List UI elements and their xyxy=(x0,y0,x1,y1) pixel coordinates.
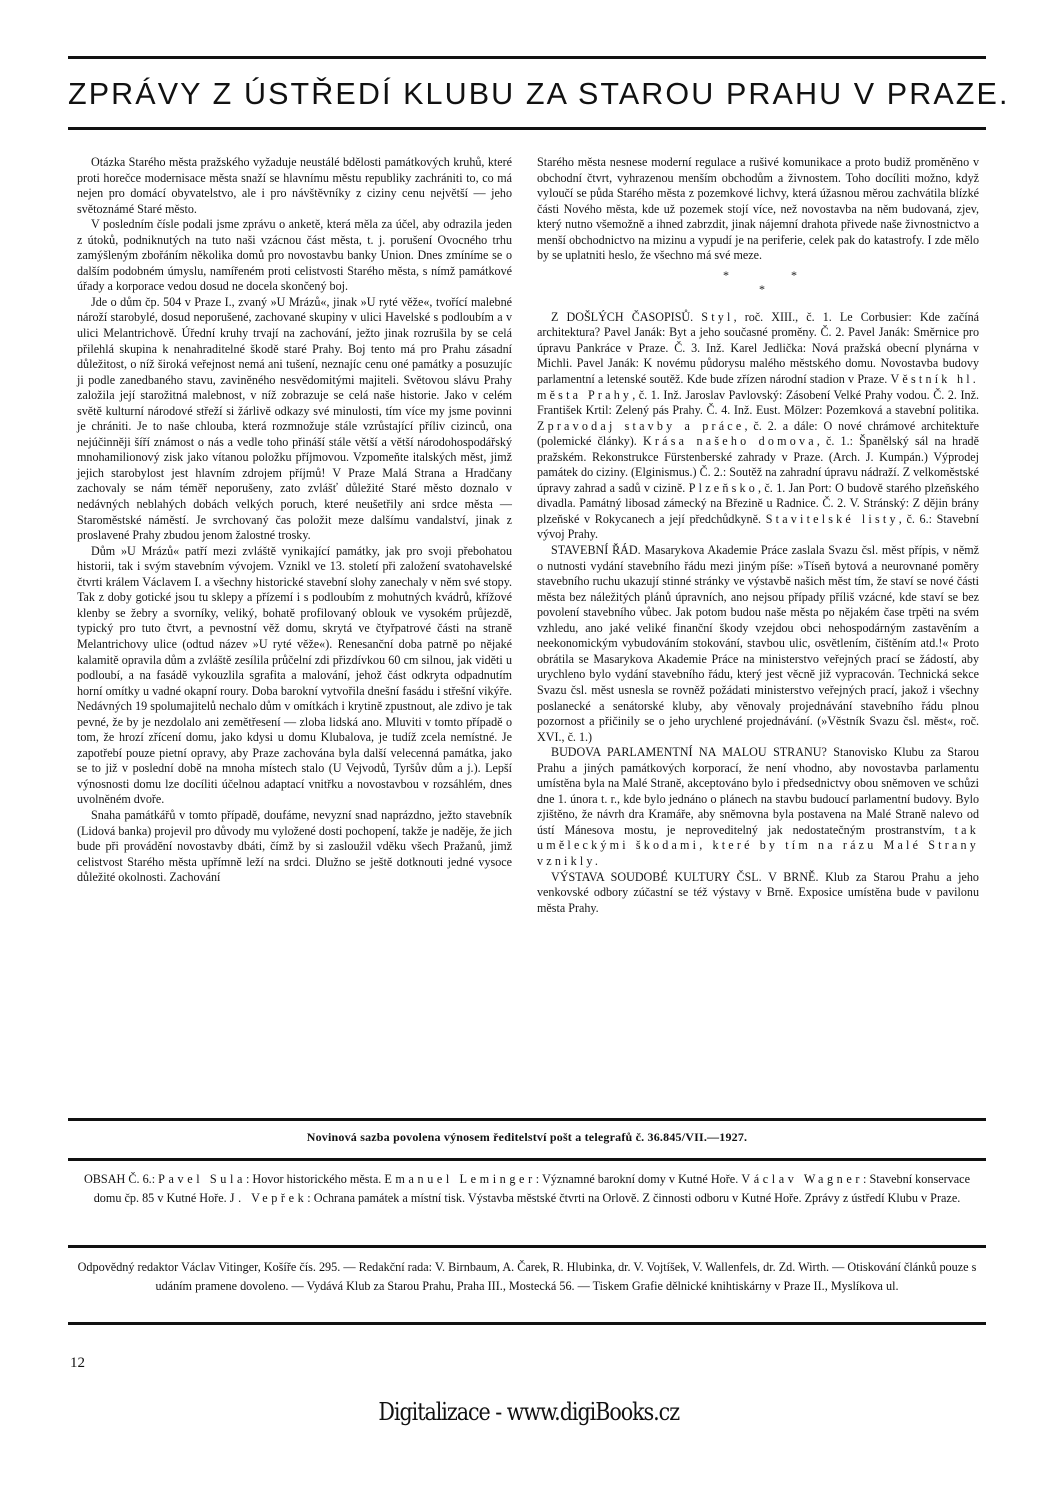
notice-bottom-rule xyxy=(68,1158,986,1161)
contents-title: J. Vepřek xyxy=(230,1191,308,1205)
contents-bottom-rule xyxy=(68,1245,986,1248)
contents-title: Emanuel Leminger xyxy=(384,1172,535,1186)
journals-section: Z DOŠLÝCH ČASOPISŮ. Styl, roč. XIII., č.… xyxy=(537,310,979,543)
title-bottom-rule xyxy=(68,127,986,130)
paragraph: V posledním čísle podali jsme zprávu o a… xyxy=(77,217,512,295)
issue-contents: OBSAH Č. 6.: Pavel Sula: Hovor historick… xyxy=(70,1170,984,1208)
contents-text: : Významné barokní domy v Kutné Hoře. xyxy=(536,1172,742,1186)
paragraph: Snaha památkářů v tomto případě, doufáme… xyxy=(77,808,512,886)
contents-text: : Ochrana památek a místní tisk. Výstavb… xyxy=(307,1191,960,1205)
footer-top-rule xyxy=(68,1118,986,1121)
asterisk: * xyxy=(791,268,797,284)
left-column: Otázka Starého města pražského vyžaduje … xyxy=(77,155,512,886)
contents-title: Pavel Sula xyxy=(158,1172,246,1186)
postal-notice: Novinová sazba povolena výnosem ředitels… xyxy=(68,1130,986,1145)
journal-title: Styl xyxy=(701,310,733,324)
exhibition-section: VÝSTAVA SOUDOBÉ KULTURY ČSL. V BRNĚ. Klu… xyxy=(537,870,979,917)
page-number: 12 xyxy=(70,1355,85,1372)
page-title: ZPRÁVY Z ÚSTŘEDÍ KLUBU ZA STAROU PRAHU V… xyxy=(68,74,986,114)
top-rule xyxy=(68,56,986,59)
journals-heading: Z DOŠLÝCH ČASOPISŮ. xyxy=(551,310,693,324)
building-code-section: STAVEBNÍ ŘÁD. Masarykova Akademie Práce … xyxy=(537,543,979,745)
imprint: Odpovědný redaktor Václav Vitinger, Koší… xyxy=(70,1258,984,1296)
paragraph: Dům »U Mrázů« patří mezi zvláště vynikaj… xyxy=(77,544,512,808)
contents-label: OBSAH Č. 6.: xyxy=(84,1172,158,1186)
asterisk: * xyxy=(723,268,729,284)
contents-body: Pavel Sula: Hovor historického města. Em… xyxy=(94,1172,970,1205)
paragraph: Jde o dům čp. 504 v Praze I., zvaný »U M… xyxy=(77,295,512,544)
right-column: Starého města nesnese moderní regulace a… xyxy=(537,155,979,916)
journal-title: Stavitelské listy xyxy=(766,512,899,526)
parliament-heading: BUDOVA PARLAMENTNÍ NA MALOU STRANU? xyxy=(551,745,827,759)
parliament-section: BUDOVA PARLAMENTNÍ NA MALOU STRANU? Stan… xyxy=(537,745,979,869)
section-separator-asterisks: * * * xyxy=(537,264,979,304)
journal-title: Zpravodaj stavby a práce xyxy=(537,419,744,433)
contents-text: : Hovor historického města. xyxy=(246,1172,384,1186)
building-code-text: Masarykova Akademie Práce zaslala Svazu … xyxy=(537,543,979,744)
contents-title: Václav Wagner xyxy=(741,1172,863,1186)
journal-title: Plzeňsko xyxy=(689,481,758,495)
building-code-heading: STAVEBNÍ ŘÁD. xyxy=(551,543,641,557)
exhibition-heading: VÝSTAVA SOUDOBÉ KULTURY ČSL. V BRNĚ. xyxy=(551,870,818,884)
digitization-watermark: Digitalizace - www.digiBooks.cz xyxy=(74,1398,983,1426)
journals-body: Styl, roč. XIII., č. 1. Le Corbusier: Kd… xyxy=(537,310,979,542)
journal-title: Krása našeho domova xyxy=(643,434,817,448)
paragraph: Otázka Starého města pražského vyžaduje … xyxy=(77,155,512,217)
paragraph-continuation: Starého města nesnese moderní regulace a… xyxy=(537,155,979,264)
imprint-bottom-rule xyxy=(68,1322,986,1325)
asterisk: * xyxy=(759,282,765,298)
